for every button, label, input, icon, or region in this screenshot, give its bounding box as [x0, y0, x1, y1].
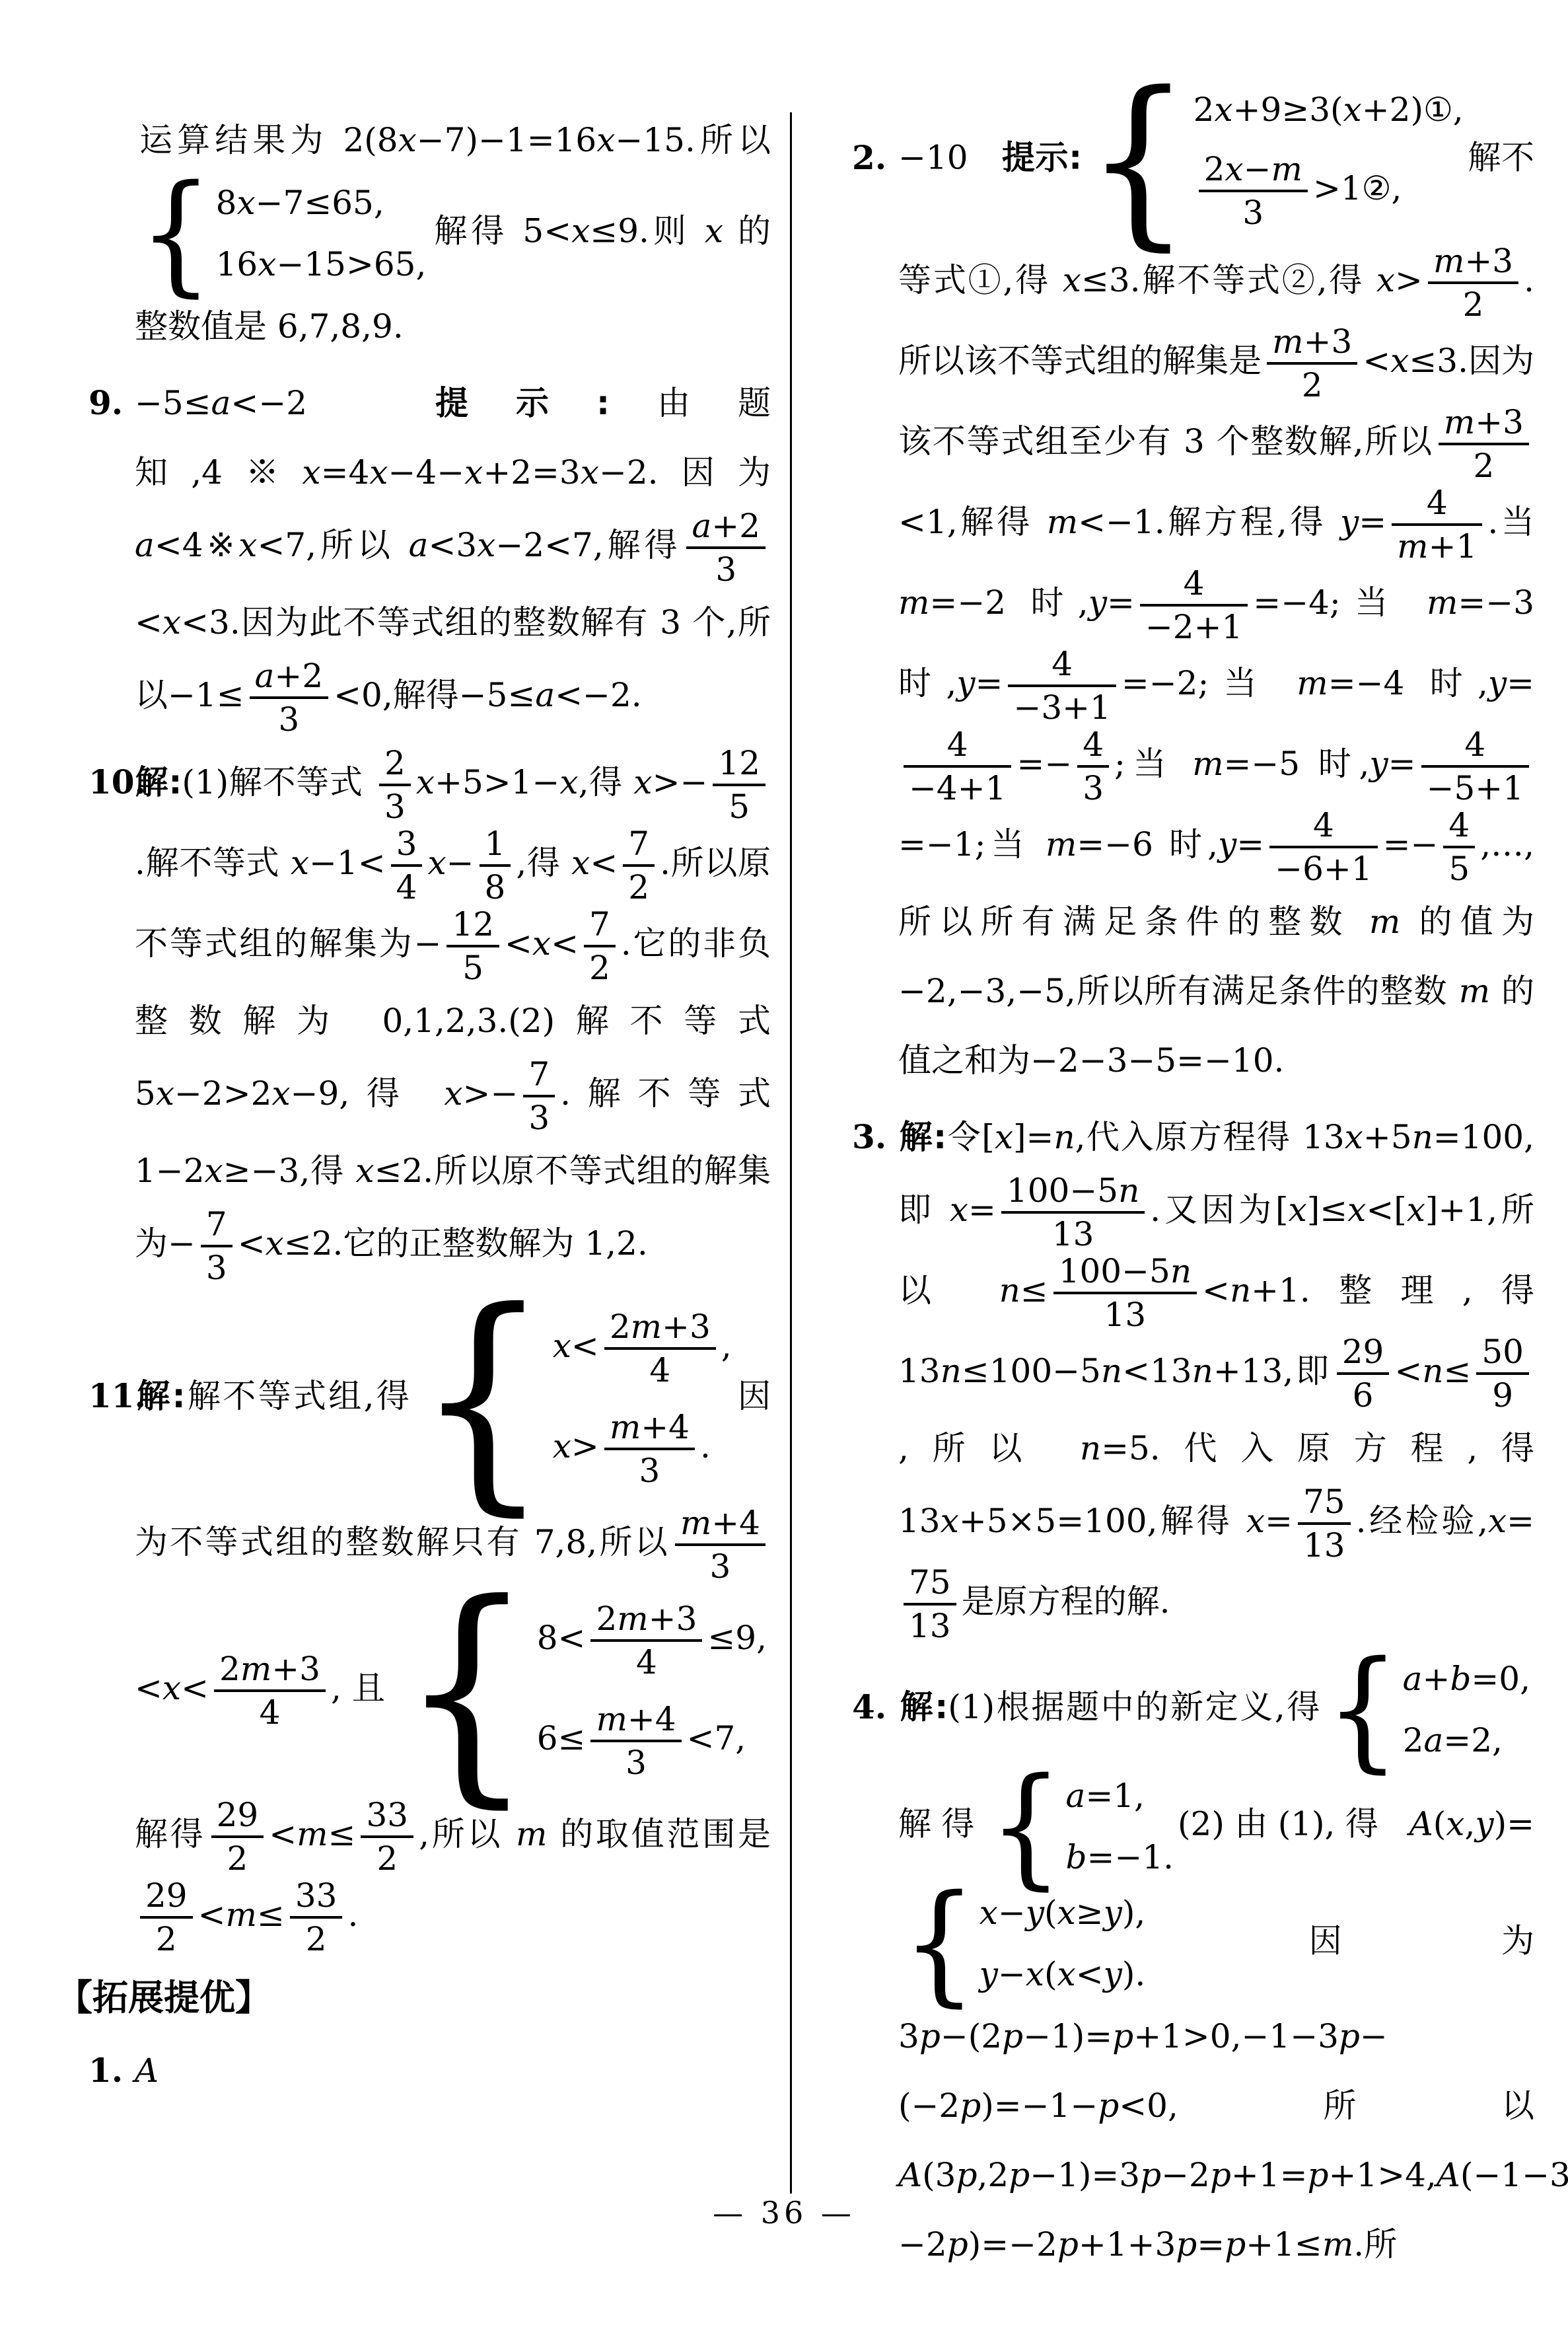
- math-var: x: [162, 1669, 181, 1707]
- text-run: .经检验,x=: [1356, 1502, 1534, 1540]
- math-var: m: [226, 1896, 257, 1934]
- answer-item: 2.−10 提示:{2x+9≥3(x+2)①,2x−m3>1②,解不等式①,得 …: [824, 78, 1534, 1095]
- math-var: m: [1047, 503, 1078, 541]
- numerator: 2x−m: [1199, 151, 1308, 190]
- system-row: 2x−m3>1②,: [1194, 151, 1464, 231]
- system-row: x>m+43.: [553, 1409, 732, 1489]
- fraction: 2m+34: [214, 1650, 326, 1731]
- math-var: x: [444, 1074, 462, 1113]
- numerator: m+3: [1267, 323, 1357, 362]
- numerator: 29: [140, 1877, 193, 1916]
- math-var: p: [1057, 2225, 1079, 2264]
- math-var: m: [1433, 242, 1464, 280]
- text-run: ;当 m=−5 时,y=: [1114, 745, 1416, 783]
- math-var: x: [553, 1427, 571, 1465]
- fraction: 2m+34: [604, 1308, 716, 1389]
- right-column: 2.−10 提示:{2x+9≥3(x+2)①,2x−m3>1②,解不等式①,得 …: [824, 78, 1534, 2286]
- answer-item: 11.解:解不等式组,得{x<2m+34,x>m+43.因为不等式组的整数解只有…: [61, 1293, 771, 1958]
- denominator: −6+1: [1269, 846, 1377, 887]
- numerator: m+3: [1428, 242, 1518, 281]
- math-var: m: [610, 1408, 641, 1446]
- system-brace-icon: {: [139, 168, 213, 299]
- fraction: a+23: [686, 507, 766, 588]
- numerator: 7: [623, 825, 655, 864]
- math-var: n: [941, 1352, 962, 1390]
- denominator: 6: [1337, 1372, 1390, 1414]
- text-run: −10: [898, 139, 1002, 177]
- bold-label: 解:: [898, 1688, 948, 1726]
- math-var: x: [705, 212, 723, 250]
- numerator: 4: [1140, 565, 1248, 604]
- numerator: 29: [1337, 1333, 1390, 1372]
- bold-label: 解:: [135, 1377, 186, 1415]
- math-var: n: [1053, 1118, 1075, 1156]
- numerator: 7: [201, 1206, 232, 1245]
- denominator: −3+1: [1008, 684, 1116, 726]
- denominator: 2: [361, 1835, 413, 1877]
- text-run: =−: [1383, 825, 1439, 864]
- numerator: 33: [290, 1877, 343, 1916]
- math-var: x: [1347, 1191, 1366, 1229]
- math-var: p: [947, 2225, 968, 2264]
- denominator: 5: [713, 784, 766, 825]
- math-var: p: [1098, 2086, 1119, 2125]
- math-var: y: [1104, 1955, 1122, 1993]
- fraction: 72: [623, 825, 655, 906]
- system-rows: x−y(x≥y),y−x(x<y).: [980, 1892, 1146, 1995]
- bold-label: 解:: [135, 763, 182, 801]
- numerator: 3: [391, 825, 423, 864]
- item-number: 10.: [61, 747, 135, 817]
- math-var: m: [1397, 527, 1428, 566]
- denominator: −2+1: [1140, 604, 1248, 646]
- denominator: 3: [379, 784, 411, 825]
- math-var: y: [1218, 825, 1236, 864]
- text-run: <m≤: [269, 1815, 355, 1853]
- math-var: p: [960, 2086, 981, 2125]
- math-var: x: [1246, 1502, 1265, 1540]
- workbook-answer-page: 运算结果为 2(8x−7)−1=16x−15.所以{8x−7≤65,16x−15…: [0, 0, 1568, 2325]
- denominator: 3: [1199, 190, 1308, 231]
- text-run: <x<: [135, 1669, 209, 1707]
- text-run: x>: [553, 1427, 599, 1465]
- fraction: 509: [1476, 1333, 1529, 1414]
- text-run: 解得: [898, 1805, 985, 1843]
- math-var: p: [1176, 2225, 1197, 2264]
- math-var: a: [211, 384, 231, 422]
- fraction: 125: [713, 745, 766, 825]
- math-var: x: [1225, 150, 1243, 188]
- denominator: 3: [686, 546, 766, 588]
- denominator: 2: [1267, 362, 1357, 404]
- text-run: ,: [721, 1327, 732, 1365]
- fraction: 2x−m3: [1199, 151, 1308, 231]
- math-var: p: [956, 2156, 977, 2194]
- fraction: 100−5n13: [1001, 1172, 1145, 1253]
- math-var: x: [266, 1224, 284, 1263]
- text-run: 2a=2,: [1403, 1721, 1503, 1759]
- fraction: 73: [201, 1206, 232, 1286]
- math-var: x: [571, 212, 590, 250]
- text-run: .解不等式 x−1<: [135, 844, 386, 882]
- math-var: a: [535, 676, 555, 714]
- text-run: =−: [1016, 745, 1072, 783]
- numerator: 4: [1392, 484, 1482, 523]
- fraction: 4−3+1: [1008, 646, 1116, 726]
- numerator: 75: [904, 1564, 956, 1603]
- math-var: x: [156, 1074, 174, 1113]
- fraction: m+32: [1439, 404, 1529, 484]
- system-row: x<2m+34,: [553, 1308, 732, 1389]
- text-run: <m≤: [198, 1896, 285, 1934]
- text-run: x<: [553, 1327, 599, 1365]
- fraction: m+32: [1267, 323, 1357, 404]
- fraction: 73: [523, 1056, 555, 1136]
- system-rows: 8<2m+34≤9,6≤m+43<7,: [537, 1600, 767, 1781]
- system-row: b=−1.: [1066, 1837, 1174, 1878]
- math-var: p: [1009, 2156, 1030, 2194]
- math-var: m: [596, 1700, 627, 1738]
- fraction: 45: [1443, 807, 1475, 887]
- denominator: 5: [1443, 846, 1475, 887]
- text-run: y−x(x<y).: [980, 1955, 1146, 1993]
- equation-system: {8x−7≤65,16x−15>65,: [139, 175, 426, 292]
- denominator: 3: [604, 1448, 695, 1489]
- fraction: m+43: [675, 1504, 766, 1585]
- text-run: >1②,: [1313, 169, 1402, 207]
- math-var: x: [1214, 91, 1232, 129]
- math-var: x: [427, 844, 446, 882]
- math-var: x: [238, 526, 257, 564]
- math-var: b: [1450, 1660, 1471, 1698]
- math-var: y: [1369, 745, 1388, 783]
- text-run: 8x−7≤65,: [216, 184, 384, 222]
- math-var: x: [1057, 1955, 1076, 1993]
- item-number: 9.: [61, 368, 135, 437]
- fraction: 4−5+1: [1421, 726, 1529, 807]
- fraction: m+43: [590, 1701, 681, 1781]
- numerator: m+4: [604, 1409, 695, 1448]
- text-run: =−2;当 m=−4 时,y=: [1122, 664, 1534, 702]
- denominator: 3: [590, 1740, 681, 1781]
- system-brace-icon: {: [400, 1572, 534, 1809]
- math-var: n: [999, 1271, 1020, 1310]
- bold-label: 提示:: [1002, 139, 1082, 177]
- numerator: 7: [584, 906, 616, 945]
- math-var: p: [1339, 2017, 1360, 2055]
- answer-item: 运算结果为 2(8x−7)−1=16x−15.所以{8x−7≤65,16x−15…: [61, 106, 771, 361]
- math-var: y: [1088, 583, 1107, 622]
- text-run: 运算结果为 2(8x−7)−1=16x−15.所以: [135, 121, 771, 159]
- math-var: x: [553, 1327, 571, 1365]
- fraction: 332: [290, 1877, 343, 1958]
- math-var: p: [1225, 2225, 1246, 2264]
- system-row: 2a=2,: [1403, 1720, 1530, 1761]
- fraction: 4−6+1: [1269, 807, 1377, 887]
- system-brace-icon: {: [989, 1761, 1063, 1892]
- text-run: .: [700, 1427, 711, 1465]
- math-var: m: [1272, 322, 1303, 361]
- math-var: x: [1345, 1118, 1363, 1156]
- math-var: x: [1343, 91, 1362, 129]
- math-var: x: [559, 763, 578, 801]
- math-var: a: [255, 657, 275, 695]
- item-number: 11.: [61, 1361, 135, 1430]
- numerator: 75: [1298, 1483, 1351, 1522]
- math-var: y: [1104, 1894, 1122, 1932]
- text-run: =−1;当 m=−6 时,y=: [898, 825, 1264, 864]
- math-var: x: [1376, 261, 1395, 299]
- math-var: m: [1369, 903, 1400, 941]
- math-var: y: [980, 1955, 998, 1993]
- fraction: 296: [1337, 1333, 1390, 1414]
- math-var: x: [941, 1502, 959, 1540]
- math-var: m: [1427, 583, 1458, 622]
- denominator: 13: [1298, 1522, 1351, 1564]
- numerator: m+4: [590, 1701, 681, 1740]
- math-var: x: [581, 453, 599, 492]
- numerator: 100−5n: [1053, 1253, 1197, 1292]
- text-run: .: [347, 1896, 358, 1934]
- system-row: y−x(x<y).: [980, 1954, 1146, 1995]
- text-run: (1)根据题中的新定义,得: [948, 1688, 1322, 1726]
- math-var: y: [1488, 664, 1507, 702]
- system-row: 16x−15>65,: [216, 244, 427, 285]
- bold-label: 解:: [898, 1118, 946, 1156]
- system-brace-icon: {: [1086, 68, 1190, 252]
- text-run: <x≤2.它的正整数解为 1,2.: [238, 1224, 648, 1263]
- fraction: 125: [446, 906, 499, 986]
- math-var: A: [1409, 1805, 1433, 1843]
- system-row: 6≤m+43<7,: [537, 1701, 767, 1781]
- answer-item: 9.−5≤a<−2 提示:由题知,4※x=4x−4−x+2=3x−2.因为 a<…: [61, 368, 771, 738]
- system-row: a+b=0,: [1403, 1658, 1530, 1700]
- math-var: x: [162, 603, 181, 642]
- math-var: x: [205, 1152, 223, 1190]
- math-var: m: [898, 583, 929, 622]
- math-var: m: [297, 1815, 328, 1853]
- numerator: 2m+3: [604, 1308, 716, 1347]
- text-run: 是原方程的解.: [962, 1582, 1170, 1621]
- text-run: b=−1.: [1066, 1838, 1174, 1876]
- text-run: a=1,: [1066, 1777, 1145, 1815]
- system-rows: x<2m+34,x>m+43.: [553, 1308, 732, 1489]
- numerator: 12: [446, 906, 499, 945]
- text-run: <n≤: [1394, 1352, 1471, 1390]
- system-row: a=1,: [1066, 1775, 1174, 1817]
- text-run: <7,: [687, 1719, 746, 1757]
- denominator: 2: [1439, 443, 1529, 484]
- fraction: 34: [391, 825, 423, 906]
- numerator: 4: [1269, 807, 1377, 846]
- math-var: a: [409, 526, 429, 564]
- denominator: 4: [604, 1347, 716, 1389]
- text-run: <0,解得−5≤a<−2.: [334, 676, 642, 714]
- item-number: 1.: [61, 2036, 135, 2105]
- denominator: 3: [675, 1543, 766, 1585]
- denominator: −4+1: [904, 765, 1011, 807]
- math-var: n: [1230, 1271, 1251, 1310]
- math-var: p: [1210, 2156, 1231, 2194]
- text-run: a+b=0,: [1403, 1660, 1530, 1698]
- answer-item: 3.解:令[x]=n,代入原方程得 13x+5n=100,即 x=100−5n1…: [824, 1102, 1534, 1644]
- math-var: x: [1446, 1805, 1464, 1843]
- math-var: A: [1437, 2156, 1460, 2194]
- text-run: <x<: [505, 924, 579, 963]
- math-var: b: [1066, 1838, 1087, 1876]
- item-number: 4.: [824, 1672, 898, 1742]
- numerator: 4: [1421, 726, 1529, 765]
- math-var: n: [1080, 1429, 1101, 1467]
- numerator: a+2: [686, 507, 766, 546]
- math-var: p: [1140, 2156, 1161, 2194]
- math-var: a: [1423, 1721, 1443, 1759]
- denominator: 2: [584, 945, 616, 986]
- denominator: 3: [250, 696, 329, 738]
- denominator: 8: [480, 864, 511, 906]
- denominator: 2: [623, 864, 655, 906]
- math-var: x: [355, 1152, 374, 1190]
- fraction: 23: [379, 745, 411, 825]
- fraction: 292: [211, 1796, 264, 1877]
- math-var: x: [271, 1074, 290, 1113]
- numerator: 50: [1476, 1333, 1529, 1372]
- text-run: 6≤: [537, 1719, 586, 1757]
- fraction: 43: [1077, 726, 1109, 807]
- denominator: 2: [140, 1916, 193, 1958]
- math-var: p: [1002, 2017, 1023, 2055]
- math-var: x: [291, 844, 309, 882]
- math-var: a: [135, 526, 155, 564]
- math-var: x: [1026, 1955, 1044, 1993]
- math-var: x: [464, 453, 483, 492]
- math-var: m: [1322, 2225, 1353, 2264]
- denominator: 2: [211, 1835, 264, 1877]
- answer-item: 1.A: [61, 2036, 771, 2106]
- math-var: m: [1444, 403, 1475, 441]
- numerator: m+4: [675, 1504, 766, 1543]
- numerator: 4: [904, 726, 1011, 765]
- math-var: m: [1271, 150, 1302, 188]
- text-run: (1)解不等式: [182, 763, 374, 801]
- math-var: p: [1307, 2156, 1328, 2194]
- math-var: p: [1112, 2017, 1133, 2055]
- denominator: 2: [1428, 281, 1518, 323]
- numerator: 100−5n: [1001, 1172, 1145, 1211]
- math-var: n: [1118, 1171, 1139, 1210]
- text-run: ≤9,: [707, 1619, 767, 1657]
- math-var: y: [956, 664, 975, 702]
- denominator: 13: [904, 1603, 956, 1644]
- fraction: 100−5n13: [1053, 1253, 1197, 1333]
- math-var: m: [240, 1650, 271, 1688]
- denominator: 3: [523, 1095, 555, 1136]
- text-run: 8<: [537, 1619, 586, 1657]
- math-var: x: [995, 1118, 1013, 1156]
- denominator: 4: [590, 1639, 702, 1681]
- math-var: x: [302, 453, 320, 492]
- equation-system: {x−y(x≥y),y−x(x<y).: [902, 1885, 1145, 2002]
- denominator: 3: [201, 1245, 232, 1286]
- math-var: x: [633, 763, 652, 801]
- math-var: x: [416, 763, 435, 801]
- column-divider: [790, 112, 792, 2194]
- fraction: m+43: [604, 1409, 695, 1489]
- text-run: A: [135, 2051, 159, 2090]
- math-var: x: [1390, 342, 1409, 380]
- math-var: x: [571, 844, 590, 882]
- text-run: (2)由(1),得 A(x,y)=: [1178, 1805, 1534, 1843]
- equation-system: {8<2m+34≤9,6≤m+43<7,: [400, 1585, 767, 1796]
- text-run: x−: [427, 844, 474, 882]
- math-var: x: [950, 1191, 968, 1229]
- math-var: x: [477, 526, 495, 564]
- math-var: x: [1289, 1191, 1307, 1229]
- text-run: 解不等式组,得: [186, 1377, 411, 1415]
- math-var: x: [398, 121, 417, 159]
- fraction: 72: [584, 906, 616, 986]
- text-run: <1,解得 m<−1.解方程,得 y=: [898, 503, 1386, 541]
- math-var: x: [596, 121, 615, 159]
- numerator: m+3: [1439, 404, 1529, 443]
- denominator: 4: [214, 1689, 326, 1731]
- numerator: a+2: [250, 657, 329, 696]
- math-var: m: [1459, 972, 1490, 1010]
- numerator: 2m+3: [214, 1650, 326, 1689]
- system-brace-icon: {: [902, 1878, 977, 2009]
- denominator: m+1: [1392, 523, 1482, 565]
- text-run: −5≤a<−2: [135, 384, 435, 422]
- math-var: m: [680, 1504, 711, 1542]
- math-var: x: [1488, 1502, 1507, 1540]
- system-row: 2x+9≥3(x+2)①,: [1194, 89, 1464, 131]
- text-run: 16x−15>65,: [216, 245, 427, 283]
- numerator: 2: [379, 745, 411, 784]
- denominator: 2: [290, 1916, 343, 1958]
- fraction: 2m+34: [590, 1600, 702, 1681]
- text-run: ,且: [331, 1669, 396, 1707]
- math-var: x: [258, 245, 276, 283]
- denominator: −5+1: [1421, 765, 1529, 807]
- math-var: p: [919, 2017, 941, 2055]
- equation-system: {x<2m+34,x>m+43.: [415, 1293, 732, 1504]
- fraction: 18: [480, 825, 511, 906]
- math-var: a: [692, 507, 711, 545]
- math-var: n: [1422, 1352, 1443, 1390]
- numerator: 4: [1443, 807, 1475, 846]
- system-row: 8x−7≤65,: [216, 182, 427, 224]
- fraction: 292: [140, 1877, 193, 1958]
- math-var: x: [369, 453, 388, 492]
- answer-item: 4.解:(1)根据题中的新定义,得{a+b=0,2a=2,解得{a=1,b=−1…: [824, 1651, 1534, 2279]
- denominator: 4: [391, 864, 423, 906]
- denominator: 5: [446, 945, 499, 986]
- math-var: m: [631, 1308, 662, 1346]
- math-var: x: [1063, 261, 1081, 299]
- numerator: 4: [1077, 726, 1109, 765]
- math-var: x: [532, 924, 551, 963]
- fraction: 7513: [904, 1564, 956, 1644]
- system-rows: 2x+9≥3(x+2)①,2x−m3>1②,: [1194, 89, 1464, 231]
- answer-item: 10.解:(1)解不等式 23x+5>1−x,得 x>−125.解不等式 x−1…: [61, 745, 771, 1286]
- bold-label: 提示:: [435, 384, 610, 422]
- system-rows: a=1,b=−1.: [1066, 1775, 1174, 1878]
- system-brace-icon: {: [415, 1280, 550, 1517]
- item-number: 2.: [824, 123, 898, 192]
- text-run: 解得: [135, 1815, 206, 1853]
- system-rows: a+b=0,2a=2,: [1403, 1658, 1530, 1761]
- denominator: 3: [1077, 765, 1109, 807]
